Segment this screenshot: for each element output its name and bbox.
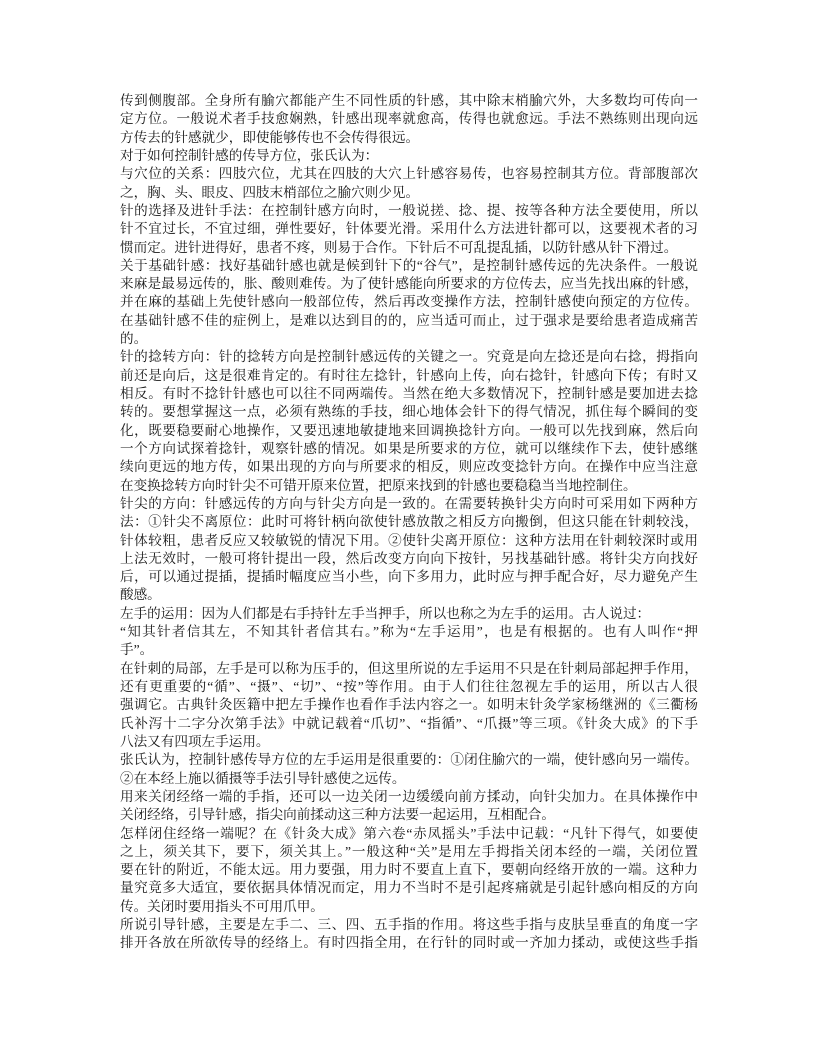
text-line: 与穴位的关系：四肢穴位，尤其在四肢的大穴上针感容易传，也容易控制其方位。背部腹部… bbox=[120, 165, 698, 183]
text-line: 在针刺的局部，左手是可以称为压手的，但这里所说的左手运用不只是在针刺局部起押手作… bbox=[120, 660, 698, 678]
text-line: 八法又有四项左手运用。 bbox=[120, 733, 698, 751]
text-line: 相反。有时不捻针针感也可以往不同两端传。当然在绝大多数情况下，控制针感是要加进去… bbox=[120, 385, 698, 403]
text-line: 氏补泻十二字分次第手法》中就记载着“爪切”、“指循”、“爪摄”等三项。《针灸大成… bbox=[120, 715, 698, 733]
text-line: 惯而定。进针进得好，患者不疼，则易于合作。下针后不可乱提乱插，以防针感从针下滑过… bbox=[120, 239, 698, 257]
text-line: 关于基础针感：找好基础针感也就是候到针下的“谷气”，是控制针感传远的先决条件。一… bbox=[120, 257, 698, 275]
text-line: 之，胸、头、眼皮、四肢末梢部位之腧穴则少见。 bbox=[120, 184, 698, 202]
text-line: 在基础针感不佳的症例上，是难以达到目的的，应当适可而止，过于强求是要给患者造成痛… bbox=[120, 312, 698, 330]
text-line: 方传去的针感就少，即使能够传也不会传得很远。 bbox=[120, 129, 698, 147]
text-line: 酸感。 bbox=[120, 586, 698, 604]
text-line: 一个方向试探着捻针，观察针感的情况。如果是所要求的方位，就可以继续作下去，使针感… bbox=[120, 440, 698, 458]
document-text-block: 传到侧腹部。全身所有腧穴都能产生不同性质的针感，其中除末梢腧穴外，大多数均可传向… bbox=[120, 92, 698, 953]
text-line: 要在针的附近，不能太远。用力要强，用力时不要直上直下，要朝向经络开放的一端。这种… bbox=[120, 861, 698, 879]
text-line: 所说引导针感，主要是左手二、三、四、五手指的作用。将这些手指与皮肤呈垂直的角度一… bbox=[120, 916, 698, 934]
text-line: 转的。要想掌握这一点，必须有熟练的手技，细心地体会针下的得气情况，抓住每个瞬间的… bbox=[120, 403, 698, 421]
text-line: 定方位。一般说术者手技愈娴熟，针感出现率就愈高，传得也就愈远。手法不熟练则出现向… bbox=[120, 110, 698, 128]
text-line: 用来关闭经络一端的手指，还可以一边关闭一边缓缓向前方揉动，向针尖加力。在具体操作… bbox=[120, 788, 698, 806]
text-line: 针不宜过长，不宜过细，弹性要好，针体要光滑。采用什么方法进针都可以，这要视术者的… bbox=[120, 220, 698, 238]
text-line: 左手的运用：因为人们都是右手持针左手当押手，所以也称之为左手的运用。古人说过： bbox=[120, 605, 698, 623]
text-line: 针的选择及进针手法：在控制针感方向时，一般说搓、捻、提、按等各种方法全要使用，所… bbox=[120, 202, 698, 220]
text-line: 之上，须关其下，要下，须关其上。”一般这种“关”是用左手拇指关闭本经的一端，关闭… bbox=[120, 843, 698, 861]
text-line: 前还是向后，这是很难肯定的。有时往左捻针，针感向上传，向右捻针，针感向下传；有时… bbox=[120, 367, 698, 385]
text-line: 化，既要稳要耐心地操作，又要迅速地敏捷地来回调换捻针方向。一般可以先找到麻，然后… bbox=[120, 422, 698, 440]
text-line: 后，可以通过提插，提插时幅度应当小些，向下多用力，此时应与押手配合好，尽力避免产… bbox=[120, 568, 698, 586]
text-line: 法：①针尖不离原位：此时可将针柄向欲使针感放散之相反方向搬倒，但这只能在针刺较浅… bbox=[120, 513, 698, 531]
text-line: 对于如何控制针感的传导方位，张氏认为： bbox=[120, 147, 698, 165]
text-line: 上法无效时，一般可将针提出一段，然后改变方向向下按针，另找基础针感。将针尖方向找… bbox=[120, 550, 698, 568]
text-line: 量究竟多大适宜，要依据具体情况而定，用力不当时不是引起疼痛就是引起针感向相反的方… bbox=[120, 879, 698, 897]
text-line: 还有更重要的“循”、“摄”、“切”、“按”等作用。由于人们往往忽视左手的运用，所… bbox=[120, 678, 698, 696]
text-line: 强调它。古典针灸医籍中把左手操作也看作手法内容之一。如明末针灸学家杨继洲的《三衢… bbox=[120, 696, 698, 714]
text-line: 关闭经络，引导针感，指尖向前揉动这三种方法要一起运用，互相配合。 bbox=[120, 806, 698, 824]
text-line: 张氏认为，控制针感传导方位的左手运用是很重要的：①闭住腧穴的一端，使针感向另一端… bbox=[120, 751, 698, 769]
text-line: “知其针者信其左，不知其针者信其右。”称为“左手运用”，也是有根据的。也有人叫作… bbox=[120, 623, 698, 641]
text-line: 针体较粗，患者反应又较敏锐的情况下用。②使针尖离开原位：这种方法用在针刺较深时或… bbox=[120, 532, 698, 550]
text-line: 针尖的方向：针感远传的方向与针尖方向是一致的。在需要转换针尖方向时可采用如下两种… bbox=[120, 495, 698, 513]
text-line: 排开各放在所欲传导的经络上。有时四指全用，在行针的同时或一齐加力揉动，或使这些手… bbox=[120, 934, 698, 952]
text-line: ②在本经上施以循摄等手法引导针感使之远传。 bbox=[120, 770, 698, 788]
text-line: 在变换捻转方向时针尖不可错开原来位置，把原来找到的针感也要稳稳当当地控制住。 bbox=[120, 477, 698, 495]
text-line: 来麻是最易远传的，胀、酸则难传。为了使针感能向所要求的方位传去，应当先找出麻的针… bbox=[120, 275, 698, 293]
document-page: 传到侧腹部。全身所有腧穴都能产生不同性质的针感，其中除末梢腧穴外，大多数均可传向… bbox=[0, 0, 816, 1056]
text-line: 怎样闭住经络一端呢？在《针灸大成》第六卷“赤凤摇头”手法中记载：“凡针下得气，如… bbox=[120, 825, 698, 843]
text-line: 针的捻转方向：针的捻转方向是控制针感远传的关键之一。究竟是向左捻还是向右捻，拇指… bbox=[120, 348, 698, 366]
text-line: 手”。 bbox=[120, 641, 698, 659]
text-line: 传到侧腹部。全身所有腧穴都能产生不同性质的针感，其中除末梢腧穴外，大多数均可传向… bbox=[120, 92, 698, 110]
text-line: 传。关闭时要用指头不可用爪甲。 bbox=[120, 898, 698, 916]
text-line: 续向更远的地方传，如果出现的方向与所要求的相反，则应改变捻针方向。在操作中应当注… bbox=[120, 458, 698, 476]
text-line: 并在麻的基础上先使针感向一般部位传，然后再改变操作方法，控制针感使向预定的方位传… bbox=[120, 293, 698, 311]
text-line: 的。 bbox=[120, 330, 698, 348]
